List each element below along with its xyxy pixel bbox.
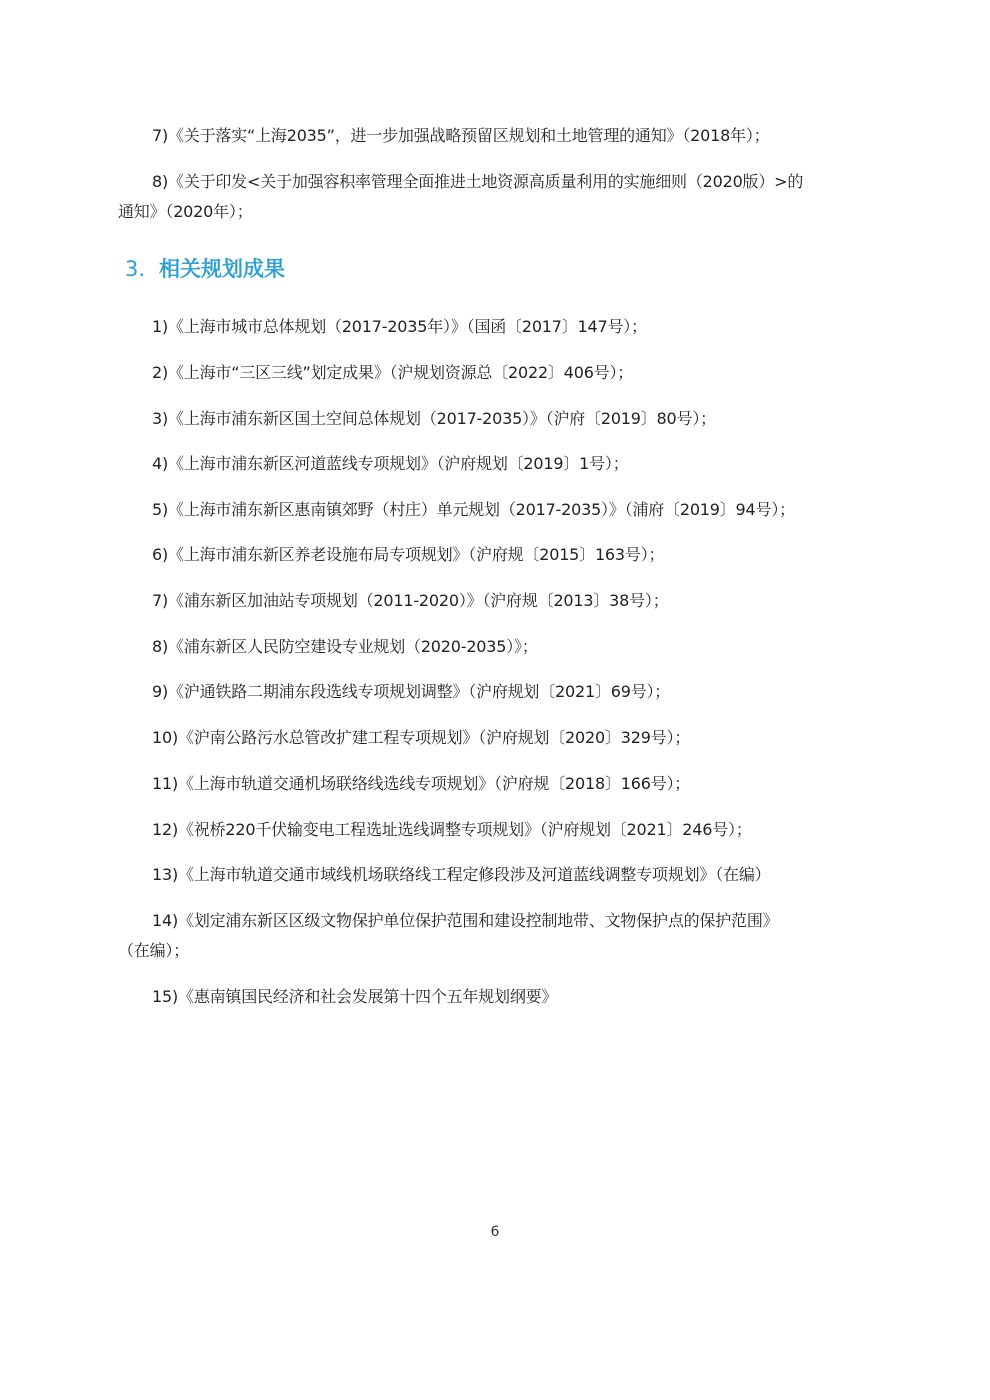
item-index: 3) bbox=[152, 409, 168, 428]
plan-item-14-continuation: （在编）； bbox=[118, 936, 189, 966]
item-index: 6) bbox=[152, 545, 168, 564]
item-text: 《关于落实“上海2035”，进一步加强战略预留区规划和土地管理的通知》（2018… bbox=[168, 126, 769, 145]
item-index: 7) bbox=[152, 126, 168, 145]
item-index: 11) bbox=[152, 774, 178, 793]
item-index: 14) bbox=[152, 911, 178, 930]
item-text: 《上海市轨道交通市域线机场联络线工程定修段涉及河道蓝线调整专项规划》（在编） bbox=[178, 865, 770, 884]
item-text: 《浦东新区加油站专项规划（2011-2020）》（沪府规〔2013〕38号）； bbox=[168, 591, 669, 610]
item-index: 9) bbox=[152, 682, 168, 701]
item-index: 13) bbox=[152, 865, 178, 884]
item-text-continuation: （在编）； bbox=[118, 941, 189, 960]
item-index: 2) bbox=[152, 363, 168, 382]
document-page: 7)《关于落实“上海2035”，进一步加强战略预留区规划和土地管理的通知》（20… bbox=[0, 0, 990, 1400]
item-text: 《祝桥220千伏输变电工程选址选线调整专项规划》（沪府规划〔2021〕246号）… bbox=[178, 820, 752, 839]
plan-item-3: 3)《上海市浦东新区国土空间总体规划（2017-2035）》（沪府〔2019〕8… bbox=[152, 404, 716, 434]
item-index: 12) bbox=[152, 820, 178, 839]
plan-item-12: 12)《祝桥220千伏输变电工程选址选线调整专项规划》（沪府规划〔2021〕24… bbox=[152, 815, 752, 845]
page-number: 6 bbox=[0, 1224, 990, 1240]
plan-item-15: 15)《惠南镇国民经济和社会发展第十四个五年规划纲要》 bbox=[152, 982, 557, 1012]
item-index: 10) bbox=[152, 728, 178, 747]
item-text: 《上海市城市总体规划（2017-2035年）》（国函〔2017〕147号）； bbox=[168, 317, 647, 336]
plan-item-4: 4)《上海市浦东新区河道蓝线专项规划》（沪府规划〔2019〕1号）； bbox=[152, 449, 629, 479]
section-heading: 3.相关规划成果 bbox=[125, 253, 285, 285]
item-text: 《上海市“三区三线”划定成果》（沪规划资源总〔2022〕406号）； bbox=[168, 363, 633, 382]
plan-item-1: 1)《上海市城市总体规划（2017-2035年）》（国函〔2017〕147号）； bbox=[152, 312, 647, 342]
item-text: 《浦东新区人民防空建设专业规划（2020-2035）》； bbox=[168, 637, 538, 656]
section-number: 3. bbox=[125, 257, 145, 281]
regulation-item-8: 8)《关于印发<关于加强容积率管理全面推进土地资源高质量利用的实施细则（2020… bbox=[152, 167, 803, 197]
regulation-item-8-continuation: 通知》（2020年）； bbox=[118, 197, 253, 227]
item-index: 8) bbox=[152, 172, 168, 191]
item-text: 《上海市浦东新区养老设施布局专项规划》（沪府规〔2015〕163号）； bbox=[168, 545, 664, 564]
plan-item-2: 2)《上海市“三区三线”划定成果》（沪规划资源总〔2022〕406号）； bbox=[152, 358, 633, 388]
item-text: 《上海市轨道交通机场联络线选线专项规划》（沪府规〔2018〕166号）； bbox=[178, 774, 690, 793]
plan-item-14: 14)《划定浦东新区区级文物保护单位保护范围和建设控制地带、文物保护点的保护范围… bbox=[152, 906, 778, 936]
item-text: 《上海市浦东新区河道蓝线专项规划》（沪府规划〔2019〕1号）； bbox=[168, 454, 629, 473]
plan-item-10: 10)《沪南公路污水总管改扩建工程专项规划》（沪府规划〔2020〕329号）； bbox=[152, 723, 690, 753]
item-index: 7) bbox=[152, 591, 168, 610]
item-text: 《上海市浦东新区国土空间总体规划（2017-2035）》（沪府〔2019〕80号… bbox=[168, 409, 716, 428]
item-index: 4) bbox=[152, 454, 168, 473]
item-text-continuation: 通知》（2020年）； bbox=[118, 202, 253, 221]
item-index: 8) bbox=[152, 637, 168, 656]
plan-item-7: 7)《浦东新区加油站专项规划（2011-2020）》（沪府规〔2013〕38号）… bbox=[152, 586, 669, 616]
item-index: 5) bbox=[152, 500, 168, 519]
plan-item-8: 8)《浦东新区人民防空建设专业规划（2020-2035）》； bbox=[152, 632, 538, 662]
plan-item-11: 11)《上海市轨道交通机场联络线选线专项规划》（沪府规〔2018〕166号）； bbox=[152, 769, 690, 799]
plan-item-5: 5)《上海市浦东新区惠南镇郊野（村庄）单元规划（2017-2035）》（浦府〔2… bbox=[152, 495, 795, 525]
item-index: 1) bbox=[152, 317, 168, 336]
section-title: 相关规划成果 bbox=[159, 257, 285, 281]
item-text: 《上海市浦东新区惠南镇郊野（村庄）单元规划（2017-2035）》（浦府〔201… bbox=[168, 500, 795, 519]
item-text: 《划定浦东新区区级文物保护单位保护范围和建设控制地带、文物保护点的保护范围》 bbox=[178, 911, 778, 930]
plan-item-13: 13)《上海市轨道交通市域线机场联络线工程定修段涉及河道蓝线调整专项规划》（在编… bbox=[152, 860, 770, 890]
plan-item-9: 9)《沪通铁路二期浦东段选线专项规划调整》（沪府规划〔2021〕69号）； bbox=[152, 677, 670, 707]
plan-item-6: 6)《上海市浦东新区养老设施布局专项规划》（沪府规〔2015〕163号）； bbox=[152, 540, 664, 570]
item-text: 《沪南公路污水总管改扩建工程专项规划》（沪府规划〔2020〕329号）； bbox=[178, 728, 690, 747]
item-text: 《惠南镇国民经济和社会发展第十四个五年规划纲要》 bbox=[178, 987, 557, 1006]
item-text: 《沪通铁路二期浦东段选线专项规划调整》（沪府规划〔2021〕69号）； bbox=[168, 682, 670, 701]
item-index: 15) bbox=[152, 987, 178, 1006]
regulation-item-7: 7)《关于落实“上海2035”，进一步加强战略预留区规划和土地管理的通知》（20… bbox=[152, 121, 769, 151]
item-text: 《关于印发<关于加强容积率管理全面推进土地资源高质量利用的实施细则（2020版）… bbox=[168, 172, 803, 191]
